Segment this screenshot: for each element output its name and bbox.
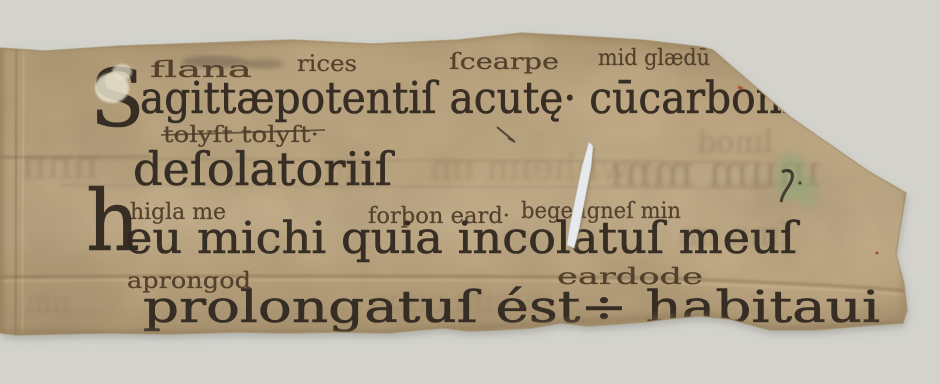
latin-line-2: deſolatoriiſ bbox=[133, 142, 395, 196]
latin-line-3: eu michi quia incolatuſ meuſ bbox=[125, 213, 800, 264]
red-speck bbox=[876, 252, 879, 255]
green-stain bbox=[797, 175, 819, 209]
gloss-scearpe: ſcearpe bbox=[449, 50, 559, 75]
tear-crack-line bbox=[590, 130, 591, 143]
ink-dot bbox=[798, 181, 801, 184]
vertical-fold-crease bbox=[15, 48, 17, 335]
showthrough-smudge: wnheım ım bbox=[429, 148, 630, 189]
manuscript-photo-canvas: lınod ınıım mnı wnheım ım ınıı nnıı ſmn … bbox=[0, 0, 940, 384]
ink-dot bbox=[787, 169, 790, 172]
manuscript-photo: lınod ınıım mnı wnheım ım ınıı nnıı ſmn … bbox=[0, 0, 940, 384]
showthrough-smudge: nm bbox=[26, 286, 71, 319]
latin-line-1: agittæpotentiſ acutę· cūcarboni bbox=[140, 73, 795, 124]
flaked-pigment-patch bbox=[112, 64, 132, 80]
